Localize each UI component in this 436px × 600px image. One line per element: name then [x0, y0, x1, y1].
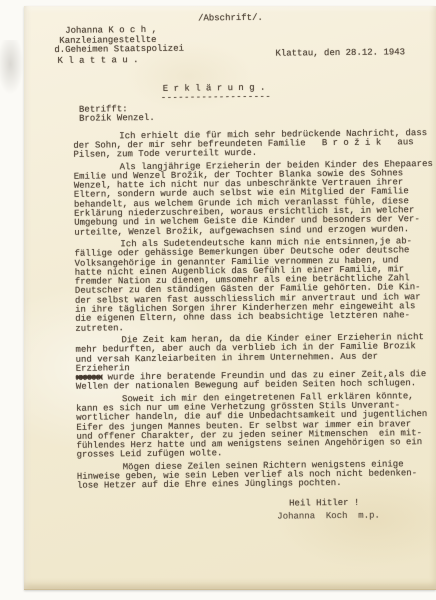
subject-block: Betrifft: Brožik Wenzel. — [73, 102, 433, 124]
dateline: Klattau, den 28.12. 1943 — [275, 48, 405, 59]
heading-underline: ------------------- — [161, 91, 433, 103]
letter-body: Ich erhielt die für mich sehr bedrückend… — [73, 129, 436, 492]
signature: Johanna Koch m.p. — [277, 511, 436, 522]
paragraph: Als langjährige Erzieherin der beiden Ki… — [74, 160, 435, 238]
paragraph: Ich als Sudetendeutsche kann mich nie en… — [74, 237, 435, 334]
paragraph-text: wurde ihre beratende Freundin und das zu… — [76, 369, 426, 392]
sender-block: Johanna K o c h , Kanzleiangestellte d.G… — [54, 23, 432, 66]
subject-value: Brožik Wenzel. — [79, 111, 433, 124]
paragraph: Ich erhielt die für mich sehr bedrückend… — [73, 129, 433, 161]
scanned-letter-page: /Abschrift/. Johanna K o c h , Kanzleian… — [24, 6, 436, 590]
copy-note: /Abschrift/. — [198, 12, 432, 24]
paragraph: Mögen diese Zeilen seinen Richtern wenig… — [77, 460, 436, 492]
paragraph: Soweit ich mir den eingetretenen Fall er… — [76, 392, 436, 461]
closing-salutation: Heil Hitler ! — [289, 498, 436, 509]
letter-content: /Abschrift/. Johanna K o c h , Kanzleian… — [72, 12, 436, 593]
paragraph-text: Die Zeit kam heran, da die Kinder einer … — [75, 332, 423, 374]
paragraph: Die Zeit kam heran, da die Kinder einer … — [75, 333, 436, 393]
